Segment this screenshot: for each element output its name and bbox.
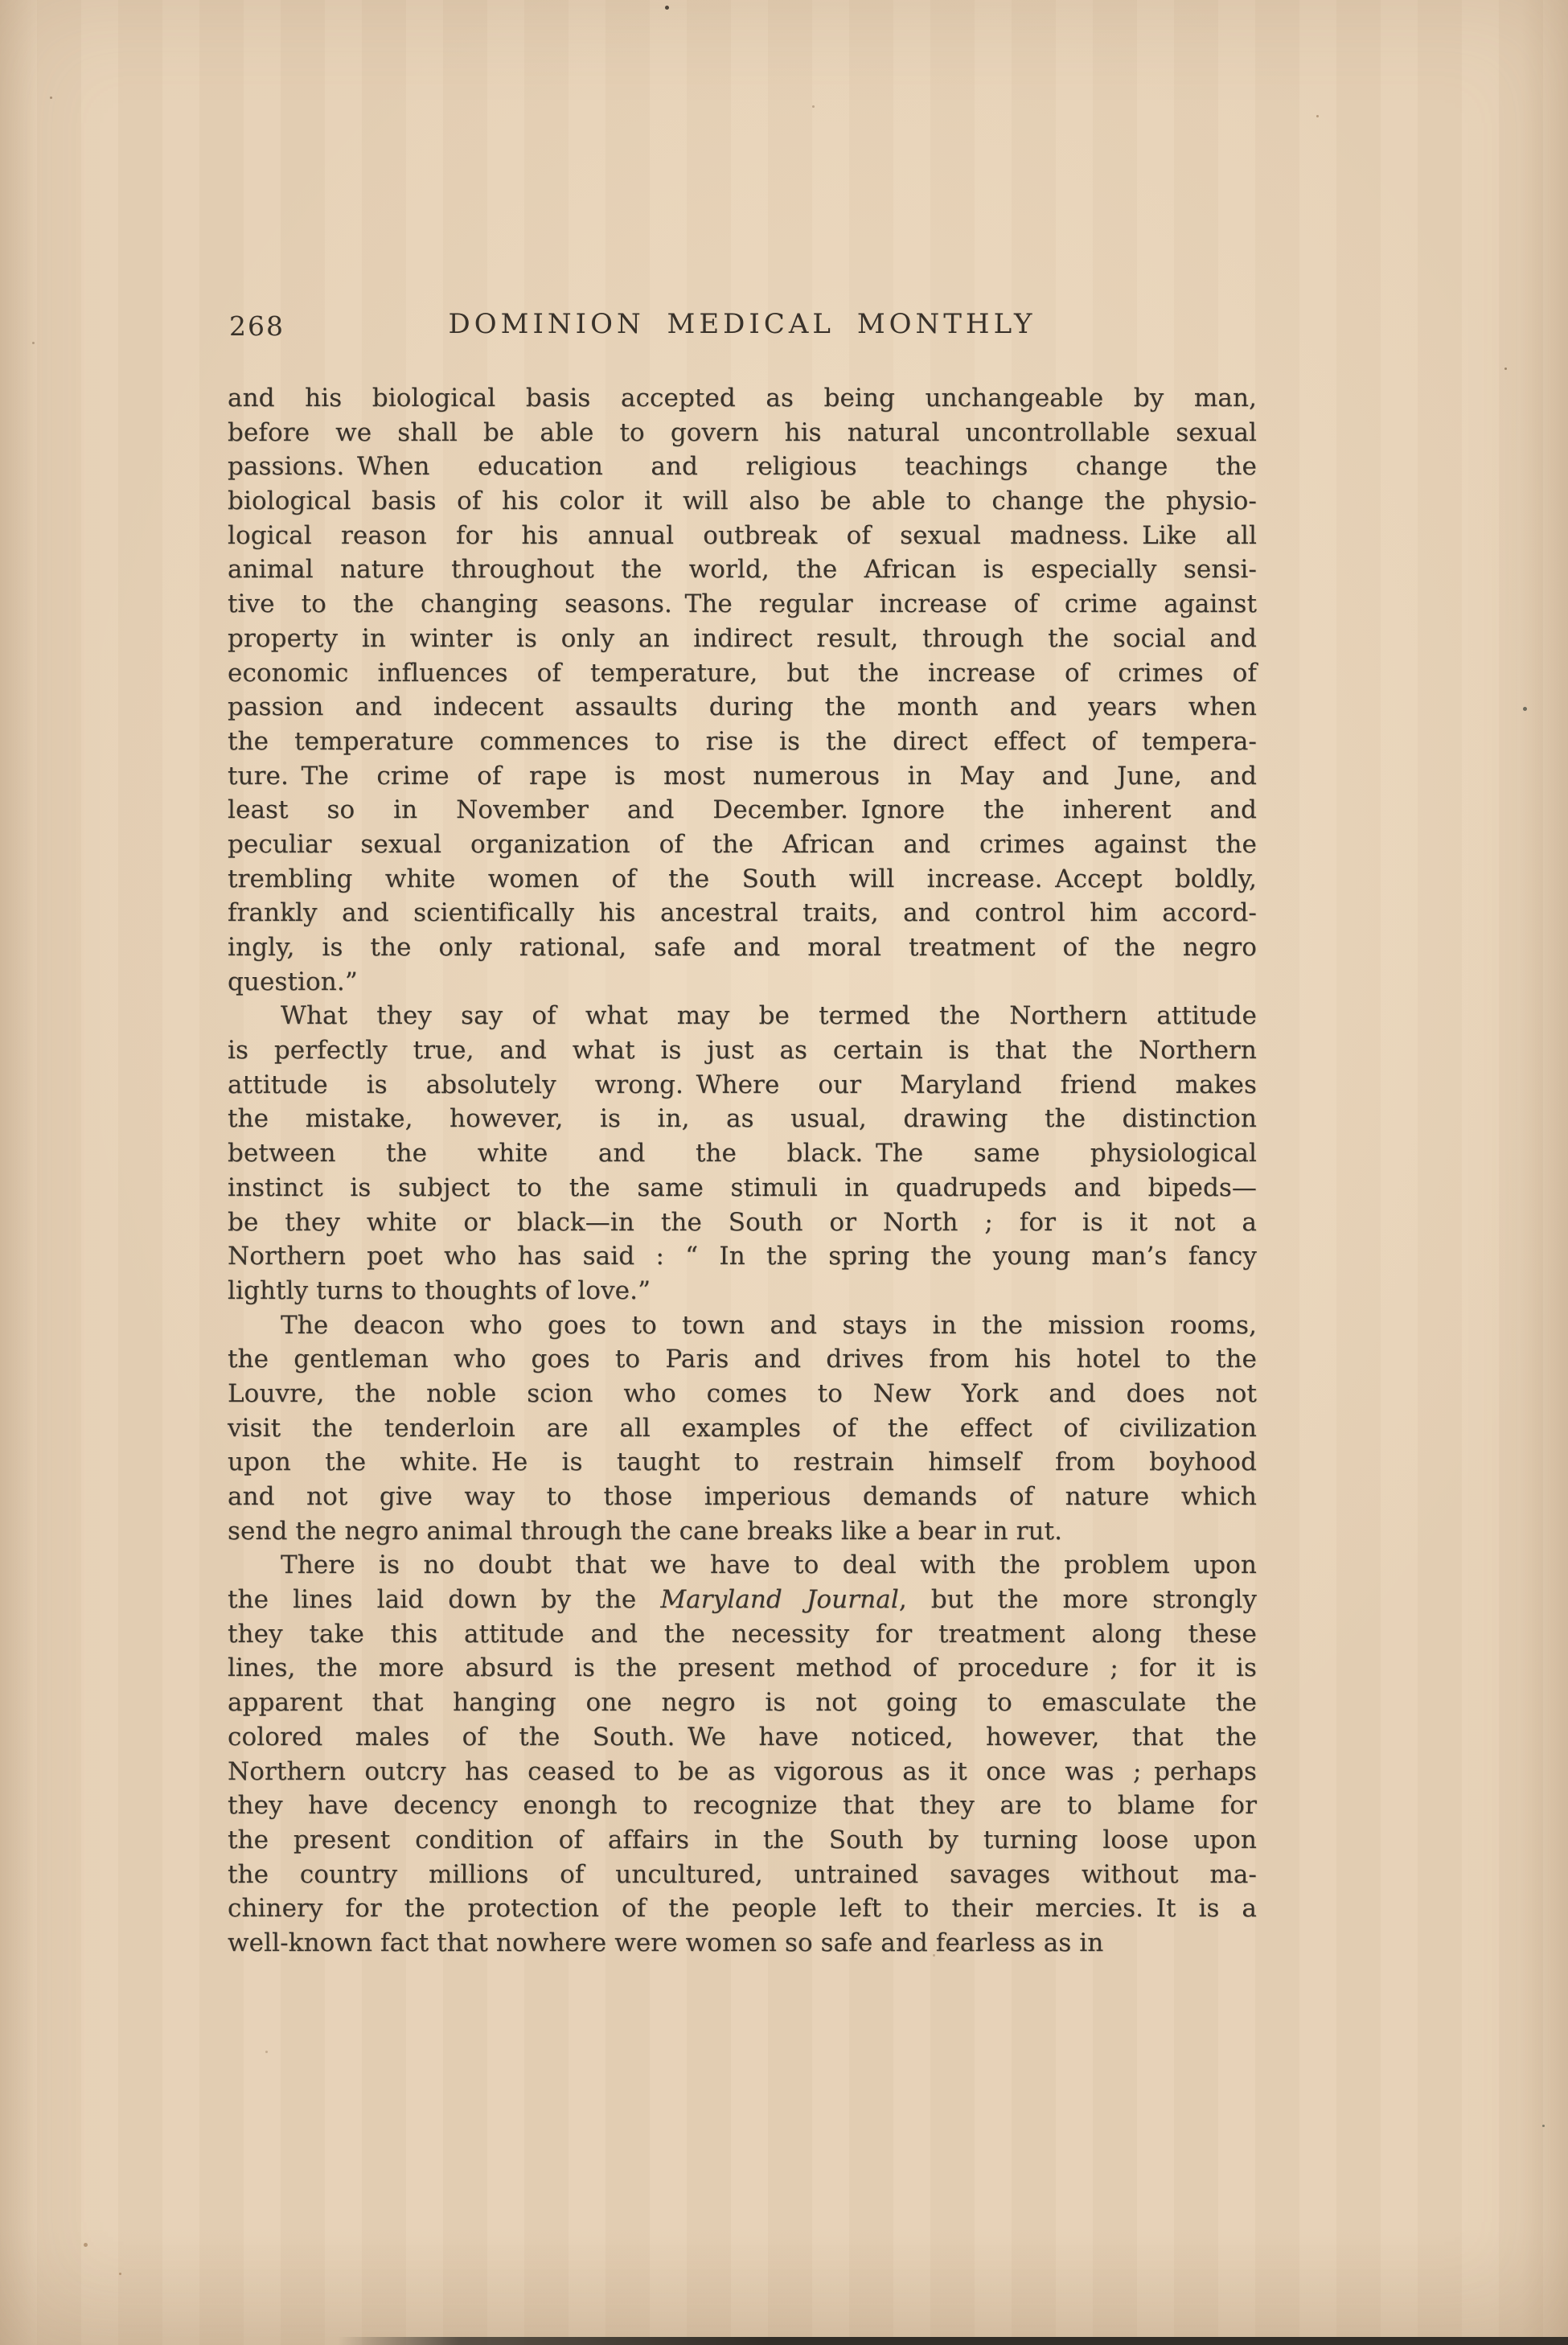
text-line: the present condition of affairs in the … [228, 1823, 1257, 1858]
paragraph: There is no doubt that we have to deal w… [228, 1548, 1257, 1960]
scan-edge-shadow [338, 2337, 1568, 2345]
text-line: the gentleman who goes to Paris and driv… [228, 1342, 1257, 1377]
text-line: passions. When education and religious t… [228, 450, 1257, 484]
text-line: visit the tenderloin are all examples of… [228, 1411, 1257, 1446]
page-body: and his biological basis accepted as bei… [228, 381, 1257, 1961]
text-line: be they white or black—in the South or N… [228, 1205, 1257, 1240]
scanned-page: 268 DOMINION MEDICAL MONTHLY and his bio… [0, 0, 1568, 2345]
text-line: ture. The crime of rape is most numerous… [228, 759, 1257, 794]
text-line: Northern outcry has ceased to be as vigo… [228, 1755, 1257, 1789]
text-line: trembling white women of the South will … [228, 862, 1257, 897]
text-line: ingly, is the only rational, safe and mo… [228, 930, 1257, 965]
text-line: between the white and the black. The sam… [228, 1136, 1257, 1171]
text-line: animal nature throughout the world, the … [228, 552, 1257, 587]
text-line: the lines laid down by the Maryland Jour… [228, 1583, 1257, 1617]
paper-specks [0, 0, 2, 2]
text-line: logical reason for his annual outbreak o… [228, 519, 1257, 553]
line-fragment: the lines laid down by the [228, 1585, 660, 1614]
paragraph: The deacon who goes to town and stays in… [228, 1308, 1257, 1549]
text-line: send the negro animal through the cane b… [228, 1514, 1257, 1549]
text-line: upon the white. He is taught to restrain… [228, 1445, 1257, 1480]
text-line: There is no doubt that we have to deal w… [228, 1548, 1257, 1583]
text-line: property in winter is only an indirect r… [228, 622, 1257, 656]
text-line: the mistake, however, is in, as usual, d… [228, 1102, 1257, 1136]
text-line: economic influences of temperature, but … [228, 656, 1257, 691]
text-line: apparent that hanging one negro is not g… [228, 1686, 1257, 1720]
text-line: and his biological basis accepted as bei… [228, 381, 1257, 416]
text-line: the temperature commences to rise is the… [228, 725, 1257, 759]
journal-title: DOMINION MEDICAL MONTHLY [228, 308, 1257, 340]
text-line: The deacon who goes to town and stays in… [228, 1308, 1257, 1343]
paragraph: What they say of what may be termed the … [228, 999, 1257, 1308]
text-line: passion and indecent assaults during the… [228, 690, 1257, 725]
text-line: colored males of the South. We have noti… [228, 1720, 1257, 1755]
text-line: is perfectly true, and what is just as c… [228, 1033, 1257, 1068]
text-line: least so in November and December. Ignor… [228, 793, 1257, 828]
line-fragment: , but the more strongly [899, 1585, 1257, 1614]
text-line: they take this attitude and the necessit… [228, 1617, 1257, 1652]
text-line: lines, the more absurd is the present me… [228, 1651, 1257, 1686]
text-line: Northern poet who has said : “ In the sp… [228, 1239, 1257, 1274]
text-line: the country millions of uncultured, untr… [228, 1858, 1257, 1892]
text-line: well-known fact that nowhere were women … [228, 1926, 1257, 1961]
text-line: peculiar sexual organization of the Afri… [228, 828, 1257, 862]
text-line: attitude is absolutely wrong. Where our … [228, 1068, 1257, 1103]
page-header: 268 DOMINION MEDICAL MONTHLY [228, 308, 1257, 345]
text-line: Louvre, the noble scion who comes to New… [228, 1377, 1257, 1411]
journal-name-italic: Maryland Journal [660, 1585, 899, 1614]
text-line: question.” [228, 965, 1257, 1000]
text-line: frankly and scientifically his ancestral… [228, 896, 1257, 930]
text-line: lightly turns to thoughts of love.” [228, 1274, 1257, 1308]
text-line: chinery for the protection of the people… [228, 1891, 1257, 1926]
paragraph: and his biological basis accepted as bei… [228, 381, 1257, 999]
text-line: What they say of what may be termed the … [228, 999, 1257, 1033]
text-line: they have decency enongh to recognize th… [228, 1789, 1257, 1823]
text-line: and not give way to those imperious dema… [228, 1480, 1257, 1514]
text-line: before we shall be able to govern his na… [228, 416, 1257, 450]
text-line: tive to the changing seasons. The regula… [228, 587, 1257, 622]
text-line: biological basis of his color it will al… [228, 484, 1257, 519]
text-line: instinct is subject to the same stimuli … [228, 1171, 1257, 1205]
